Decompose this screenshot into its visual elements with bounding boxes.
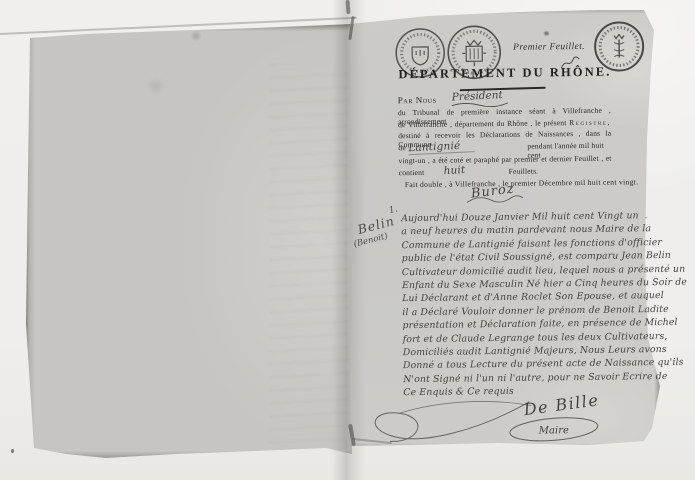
printed-line-commune: de Lantignié pendant l'année mil huit ce…: [398, 140, 611, 152]
manuscript-line: présentation et Déclaration faite, en pr…: [402, 317, 650, 331]
manuscript-text: présentation et Déclaration faite, en pr…: [402, 317, 677, 331]
fold-mark-top: [346, 0, 351, 14]
contient-label: contient: [399, 167, 425, 176]
manuscript-text: Lui Déclarant et d'Anne Roclet Son Epous…: [402, 290, 664, 304]
registre-word: Registre,: [569, 117, 611, 127]
par-nous-label: Par Nous: [398, 95, 437, 105]
feuillets-label: Feuillets.: [509, 166, 539, 175]
manuscript-line: Donné a tous Lecture du présent acte de …: [403, 358, 651, 372]
president-signature-flourish: [465, 192, 525, 207]
printed-line-contient: contient huit Feuillets.: [399, 165, 612, 177]
printed-fait-double-line: Fait double , à Villefranche , le premie…: [405, 177, 639, 189]
scanned-register-photo: Premier Feuillet. DÉPARTEMENT DU RHÔNE. …: [0, 0, 695, 480]
manuscript-line: Enfant du Sexe Masculin Né hier a Cinq h…: [402, 277, 650, 291]
de-label: de: [398, 143, 406, 152]
manuscript-text: public de l'état Civil Soussigné, est co…: [402, 250, 671, 264]
manuscript-line: a neuf heures du matin pardevant nous Ma…: [401, 224, 649, 238]
printed-line: de Villefranche , département du Rhône ,…: [398, 117, 611, 129]
premier-feuillet-label: Premier Feuillet.: [513, 42, 585, 53]
manuscript-text: Enfant du Sexe Masculin Né hier a Cinq h…: [402, 277, 687, 291]
manuscript-text: Domiciliés audit Lantignié Majeurs, Nous…: [403, 344, 667, 358]
ink-blemish: [544, 31, 549, 35]
manuscript-line: Aujourd'hui Douze Janvier Mil huit cent …: [401, 210, 649, 224]
manuscript-line: Domiciliés audit Lantignié Majeurs, Nous…: [403, 344, 651, 358]
manuscript-line: Cultivateur domicilié audit lieu, lequel…: [402, 264, 650, 278]
department-title: DÉPARTEMENT DU RHÔNE.: [397, 65, 612, 83]
manuscript-text: Cultivateur domicilié audit lieu, lequel…: [402, 263, 686, 277]
line-filler: [645, 217, 647, 218]
manuscript-text: fort et de Claude Legrange tous les deux…: [403, 331, 668, 345]
printed-line2-text: de Villefranche , département du Rhône ,…: [398, 118, 569, 129]
manuscript-line: N'ont Signé ni l'un ni l'autre, pour ne …: [403, 371, 651, 385]
handwritten-commune: Lantignié: [408, 139, 475, 155]
paper-speck: [11, 449, 14, 453]
manuscript-line: Lui Déclarant et d'Anne Roclet Son Epous…: [402, 291, 650, 305]
manuscript-text: a neuf heures du matin pardevant nous Ma…: [401, 224, 651, 238]
manuscript-text: Commune de Lantignié faisant les fonctio…: [401, 237, 662, 251]
mayor-title-oval: Maire: [504, 413, 604, 446]
manuscript-text: il a Déclaré Vouloir donner le prénom de…: [402, 304, 669, 318]
mayor-title-text: Maire: [538, 425, 569, 436]
manuscript-text: N'ont Signé ni l'un ni l'autre, pour ne …: [403, 371, 667, 385]
manuscript-text: Donné a tous Lecture du présent acte de …: [403, 357, 684, 371]
printed-intro-line: Par Nous: [398, 95, 437, 105]
manuscript-line: fort et de Claude Legrange tous les deux…: [403, 331, 651, 345]
handwritten-feuillet-count: huit: [443, 163, 465, 176]
ink-bleed-through: [270, 64, 350, 444]
manuscript-line: Commune de Lantignié faisant les fonctio…: [401, 237, 649, 251]
manuscript-line: public de l'état Civil Soussigné, est co…: [402, 250, 650, 264]
manuscript-text: Aujourd'hui Douze Janvier Mil huit cent …: [401, 210, 639, 224]
register-page-content: Premier Feuillet. DÉPARTEMENT DU RHÔNE. …: [347, 6, 664, 452]
left-page-blank-verso: [26, 24, 352, 458]
printed-line: vingt-un , a été coté et paraphé par pre…: [398, 154, 611, 166]
manuscript-line: il a Déclaré Vouloir donner le prénom de…: [402, 304, 650, 318]
